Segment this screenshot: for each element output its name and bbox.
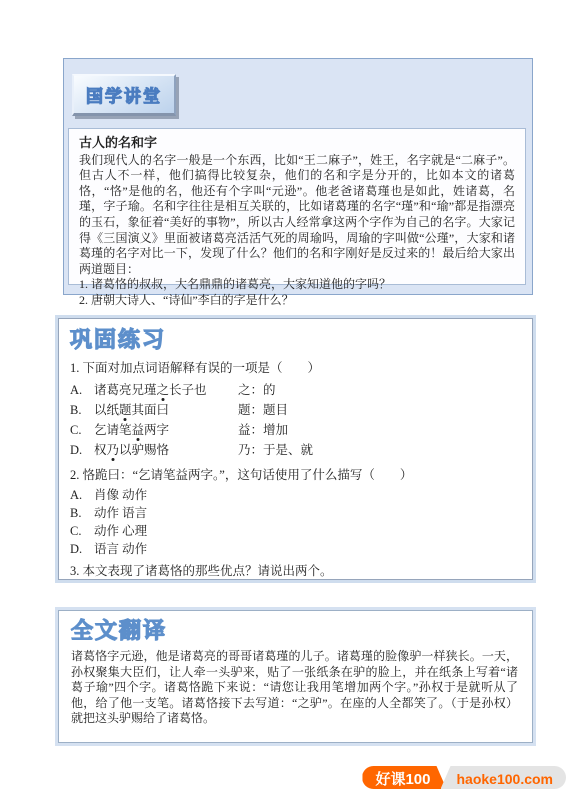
lecture-header-button: 国学讲堂 (72, 74, 176, 116)
dotted-char: 之 (157, 383, 170, 397)
brand-domain: haoke100.com (457, 771, 554, 787)
q2-option-b: B. 动作 语言 (70, 507, 516, 520)
q2-option-a: A. 肖像 动作 (70, 489, 516, 502)
phrase-post: 长子也 (169, 383, 207, 397)
q1-option-a: A. 诸葛亮兄瑾之长子也 之：的 (70, 383, 516, 397)
phrase-pre: 以纸 (94, 403, 119, 417)
option-letter: D. (70, 543, 94, 556)
practice-section: 巩固练习 1. 下面对加点词语解释有误的一项是（ ） A. 诸葛亮兄瑾之长子也 … (58, 318, 533, 580)
lecture-question-2: 2. 唐朝大诗人、“诗仙”李白的字是什么？ (79, 293, 515, 309)
option-phrase: 权乃以驴赐恪 (94, 443, 238, 457)
option-letter: C. (70, 525, 94, 538)
option-note: 乃：于是、就 (238, 443, 313, 457)
brand-name: 好课100 (375, 768, 430, 789)
q2-option-c: C. 动作 心理 (70, 525, 516, 538)
lecture-title: 古人的名和字 (79, 135, 515, 151)
option-letter: B. (70, 403, 94, 417)
q1-option-c: C. 乞请笔益两字 益：增加 (70, 423, 516, 437)
option-letter: A. (70, 489, 94, 502)
option-phrase: 乞请笔益两字 (94, 423, 238, 437)
practice-q2-stem: 2. 恪跪曰：“乞请笔益两字。”，这句话使用了什么描写（ ） (70, 467, 516, 484)
phrase-pre: 乞请笔 (94, 423, 132, 437)
translation-paragraph: 诸葛恪字元逊，他是诸葛亮的哥哥诸葛瑾的儿子。诸葛瑾的脸像驴一样狭长。一天，孙权聚… (71, 649, 518, 727)
q1-option-b: B. 以纸题其面曰 题：题目 (70, 403, 516, 417)
option-letter: D. (70, 443, 94, 457)
option-letter: B. (70, 507, 94, 520)
lecture-header-label: 国学讲堂 (86, 82, 162, 107)
option-text: 肖像 动作 (94, 489, 147, 502)
translation-section: 全文翻译 诸葛恪字元逊，他是诸葛亮的哥哥诸葛瑾的儿子。诸葛瑾的脸像驴一样狭长。一… (58, 610, 533, 743)
phrase-pre: 诸葛亮兄瑾 (94, 383, 157, 397)
dotted-char: 题 (119, 403, 132, 417)
brand-badge: 好课100 (362, 766, 446, 789)
q2-option-d: D. 语言 动作 (70, 543, 516, 556)
option-phrase: 以纸题其面曰 (94, 403, 238, 417)
lecture-section: 国学讲堂 古人的名和字 我们现代人的名字一般是一个东西，比如“王二麻子”，姓王，… (63, 58, 533, 295)
lecture-paragraph: 我们现代人的名字一般是一个东西，比如“王二麻子”，姓王，名字就是“二麻子”。但古… (79, 153, 515, 278)
domain-badge: haoke100.com (441, 766, 567, 789)
translation-header-label: 全文翻译 (71, 618, 518, 644)
option-letter: A. (70, 383, 94, 397)
lecture-question-1: 1. 诸葛恪的叔叔，大名鼎鼎的诸葛亮，大家知道他的字吗？ (79, 277, 515, 293)
phrase-post: 两字 (144, 423, 169, 437)
phrase-pre: 权 (94, 443, 107, 457)
option-note: 题：题目 (238, 403, 288, 417)
option-letter: C. (70, 423, 94, 437)
haoke100-logo: 好课100 haoke100.com (362, 766, 566, 789)
option-text: 语言 动作 (94, 543, 147, 556)
phrase-post: 其面曰 (132, 403, 170, 417)
option-text: 动作 语言 (94, 507, 147, 520)
practice-q3-stem: 3. 本文表现了诸葛恪的那些优点？请说出两个。 (70, 563, 516, 580)
phrase-post: 以驴赐恪 (119, 443, 169, 457)
dotted-char: 乃 (107, 443, 120, 457)
option-phrase: 诸葛亮兄瑾之长子也 (94, 383, 238, 397)
dotted-char: 益 (132, 423, 145, 437)
lecture-text-panel: 古人的名和字 我们现代人的名字一般是一个东西，比如“王二麻子”，姓王，名字就是“… (68, 128, 526, 285)
option-text: 动作 心理 (94, 525, 147, 538)
practice-header-label: 巩固练习 (70, 327, 516, 353)
option-note: 之：的 (238, 383, 276, 397)
option-note: 益：增加 (238, 423, 288, 437)
practice-q1-stem: 1. 下面对加点词语解释有误的一项是（ ） (70, 360, 516, 377)
q1-option-d: D. 权乃以驴赐恪 乃：于是、就 (70, 443, 516, 457)
